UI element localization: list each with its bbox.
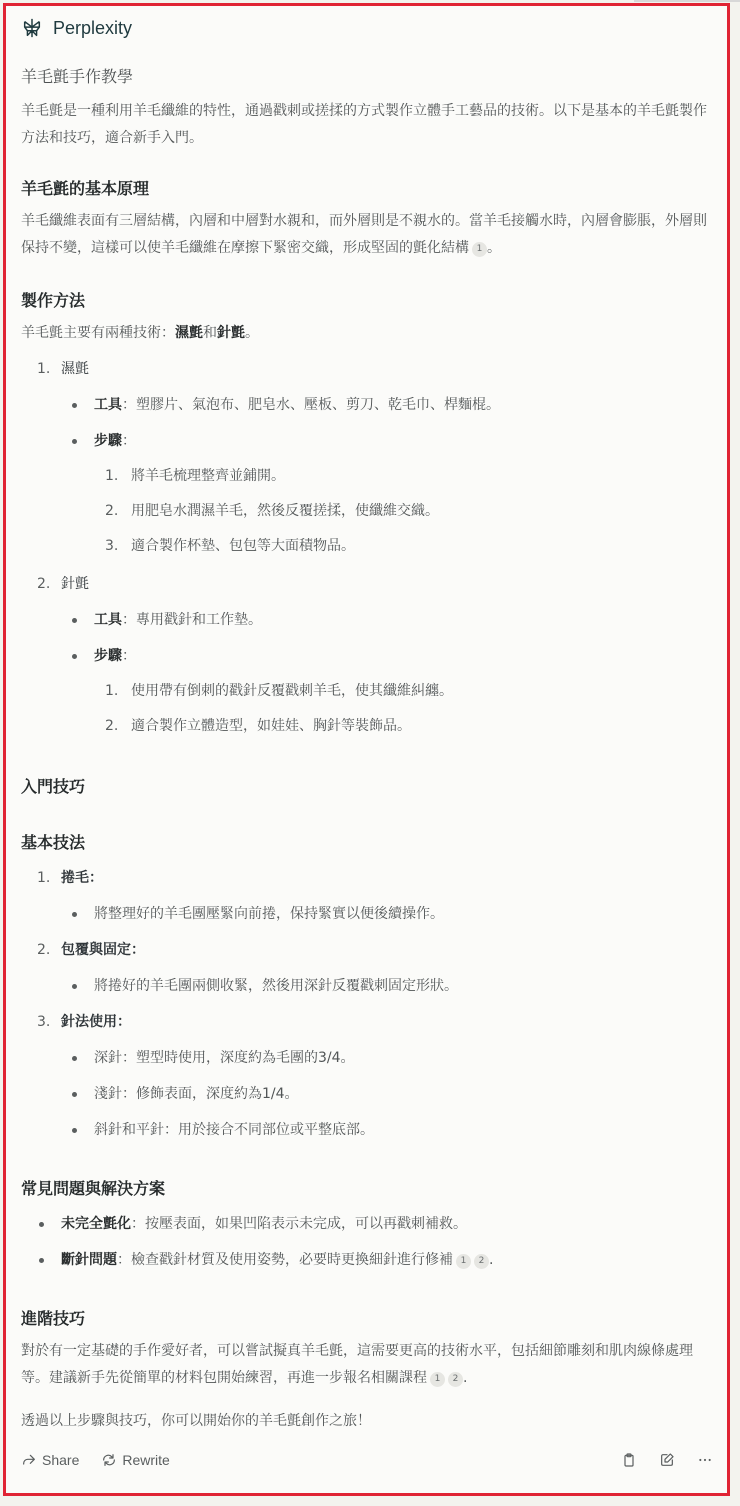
citation-badge[interactable]: 1 [472, 242, 487, 257]
heading-basic: 基本技法 [21, 830, 715, 856]
heading-principle: 羊毛氈的基本原理 [21, 176, 715, 202]
basic-bullet: 深針：塑型時使用，深度約為毛團的3/4。 [21, 1040, 715, 1076]
share-button[interactable]: Share [21, 1452, 79, 1468]
basic-bullet: 斜針和平針：用於接合不同部位或平整底部。 [21, 1112, 715, 1148]
faq-list: 未完全氈化：按壓表面，如果凹陷表示未完成，可以再戳刺補救。 斷針問題：檢查戳針材… [21, 1206, 715, 1278]
heading-method: 製作方法 [21, 288, 715, 314]
advanced-paragraph: 對於有一定基礎的手作愛好者，可以嘗試擬真羊毛氈，這需要更高的技術水平，包括細節雕… [21, 1338, 715, 1392]
closing-paragraph: 透過以上步驟與技巧，你可以開始你的羊毛氈創作之旅！ [21, 1408, 715, 1435]
basic-bullet: 將捲好的羊毛團兩側收緊，然後用深針反覆戳刺固定形狀。 [21, 968, 715, 1004]
intro-paragraph: 羊毛氈是一種利用羊毛纖維的特性，通過戳刺或搓揉的方式製作立體手工藝品的技術。以下… [21, 98, 715, 152]
share-icon [21, 1452, 37, 1468]
step-item: 2.適合製作立體造型，如娃娃、胸針等裝飾品。 [21, 709, 715, 744]
rewrite-button[interactable]: Rewrite [101, 1452, 169, 1468]
brand-name: Perplexity [53, 18, 132, 39]
method-intro: 羊毛氈主要有兩種技術：濕氈和針氈。 [21, 320, 715, 347]
step-item: 3.適合製作杯墊、包包等大面積物品。 [21, 529, 715, 564]
principle-paragraph: 羊毛纖維表面有三層結構，內層和中層對水親和，而外層則是不親水的。當羊毛接觸水時，… [21, 208, 715, 262]
method-item-wet: 1. 濕氈 工具：塑膠片、氣泡布、肥皂水、壓板、剪刀、乾毛巾、桿麵棍。 步驟： … [21, 351, 715, 564]
header: Perplexity [21, 8, 715, 48]
basic-item: 3. 針法使用： 深針：塑型時使用，深度約為毛團的3/4。 淺針：修飾表面，深度… [21, 1004, 715, 1148]
basic-list: 1. 捲毛： 將整理好的羊毛團壓緊向前捲，保持緊實以便後續操作。 2. 包覆與固… [21, 860, 715, 1148]
tools-bullet: 工具：專用戳針和工作墊。 [21, 602, 715, 638]
basic-bullet: 將整理好的羊毛團壓緊向前捲，保持緊實以便後續操作。 [21, 896, 715, 932]
heading-advanced: 進階技巧 [21, 1306, 715, 1332]
steps-bullet: 步驟： [21, 638, 715, 674]
basic-bullet: 淺針：修飾表面，深度約為1/4。 [21, 1076, 715, 1112]
method-item-needle: 2. 針氈 工具：專用戳針和工作墊。 步驟： 1.使用帶有倒刺的戳針反覆戳刺羊毛… [21, 566, 715, 744]
copy-button[interactable] [619, 1450, 639, 1470]
copy-icon [621, 1452, 637, 1468]
heading-tips: 入門技巧 [21, 774, 715, 800]
basic-item: 1. 捲毛： 將整理好的羊毛團壓緊向前捲，保持緊實以便後續操作。 [21, 860, 715, 932]
query-title: 羊毛氈手作教學 [21, 64, 715, 90]
answer-toolbar: Share Rewrite [21, 1446, 715, 1474]
heading-faq: 常見問題與解決方案 [21, 1176, 715, 1202]
more-button[interactable] [695, 1450, 715, 1470]
edit-icon [659, 1452, 675, 1468]
faq-item: 未完全氈化：按壓表面，如果凹陷表示未完成，可以再戳刺補救。 [21, 1206, 715, 1242]
citation-badge[interactable]: 2 [474, 1254, 489, 1269]
step-item: 1.使用帶有倒刺的戳針反覆戳刺羊毛，使其纖維糾纏。 [21, 674, 715, 709]
perplexity-logo-icon [21, 17, 43, 39]
tools-bullet: 工具：塑膠片、氣泡布、肥皂水、壓板、剪刀、乾毛巾、桿麵棍。 [21, 387, 715, 423]
citation-badge[interactable]: 2 [448, 1372, 463, 1387]
rewrite-icon [101, 1452, 117, 1468]
step-item: 2.用肥皂水潤濕羊毛，然後反覆搓揉，使纖維交織。 [21, 494, 715, 529]
citation-badge[interactable]: 1 [456, 1254, 471, 1269]
top-edge-strip [634, 0, 740, 2]
faq-item: 斷針問題：檢查戳針材質及使用姿勢，必要時更換細針進行修補12. [21, 1242, 715, 1278]
method-list: 1. 濕氈 工具：塑膠片、氣泡布、肥皂水、壓板、剪刀、乾毛巾、桿麵棍。 步驟： … [21, 351, 715, 744]
step-item: 1.將羊毛梳理整齊並鋪開。 [21, 459, 715, 494]
more-icon [697, 1452, 713, 1468]
citation-badge[interactable]: 1 [430, 1372, 445, 1387]
edit-button[interactable] [657, 1450, 677, 1470]
answer-panel: Perplexity 羊毛氈手作教學 羊毛氈是一種利用羊毛纖維的特性，通過戳刺或… [3, 3, 730, 1496]
basic-item: 2. 包覆與固定： 將捲好的羊毛團兩側收緊，然後用深針反覆戳刺固定形狀。 [21, 932, 715, 1004]
steps-bullet: 步驟： [21, 423, 715, 459]
